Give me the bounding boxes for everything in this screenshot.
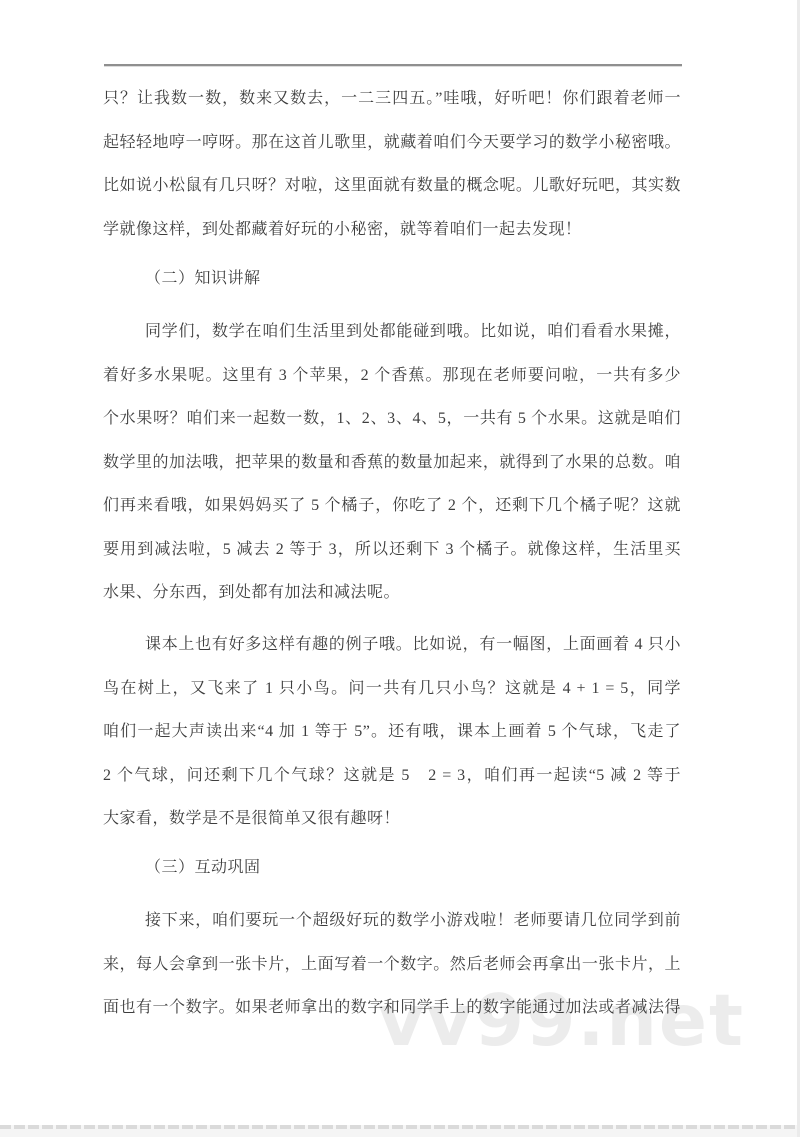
page-bottom-strip	[0, 1129, 800, 1137]
text-line: 个水果呀？咱们来一起数一数，1、2、3、4、5，一共有 5 个水果。这就是咱们	[103, 397, 681, 441]
text-line: 要用到减法啦，5 减去 2 等于 3，所以还剩下 3 个橘子。就像这样，生活里买	[103, 528, 681, 572]
text-line: 数学里的加法哦，把苹果的数量和香蕉的数量加起来，就得到了水果的总数。咱	[103, 441, 681, 485]
text-line: 学就像这样，到处都藏着好玩的小秘密，就等着咱们一起去发现！	[103, 208, 681, 252]
paragraph-textbook-examples: 课本上也有好多这样有趣的例子哦。比如说，有一幅图，上面画着 4 只小 鸟在树上，…	[103, 623, 681, 841]
section-heading-knowledge: （二）知识讲解	[103, 257, 681, 301]
text-line: 们再来看哦，如果妈妈买了 5 个橘子，你吃了 2 个，还剩下几个橘子呢？这就	[103, 484, 681, 528]
text-line: 同学们，数学在咱们生活里到处都能碰到哦。比如说，咱们看看水果摊，摆	[103, 310, 681, 354]
paragraph-fruit-examples: 同学们，数学在咱们生活里到处都能碰到哦。比如说，咱们看看水果摊，摆 着好多水果呢…	[103, 310, 681, 615]
text-line: 来，每人会拿到一张卡片，上面写着一个数字。然后老师会再拿出一张卡片，上	[103, 943, 681, 987]
text-line: 咱们一起大声读出来“4 加 1 等于 5”。还有哦，课本上画着 5 个气球，飞走…	[103, 710, 681, 754]
text-line: 大家看，数学是不是很简单又很有趣呀！	[103, 797, 681, 841]
text-line: 2 个气球，问还剩下几个气球？这就是 5 2 = 3，咱们再一起读“5 减 2 …	[103, 754, 681, 798]
text-line: 比如说小松鼠有几只呀？对啦，这里面就有数量的概念呢。儿歌好玩吧，其实数	[103, 164, 681, 208]
text-line: 面也有一个数字。如果老师拿出的数字和同学手上的数字能通过加法或者减法得	[103, 986, 681, 1030]
text-line: 只？让我数一数，数来又数去，一二三四五。”哇哦，好听吧！你们跟着老师一	[103, 77, 681, 121]
section-heading-interactive: （三）互动巩固	[103, 846, 681, 890]
text-line: 鸟在树上，又飞来了 1 只小鸟。问一共有几只小鸟？这就是 4 + 1 = 5，同…	[103, 667, 681, 711]
paragraph-song-secret: 只？让我数一数，数来又数去，一二三四五。”哇哦，好听吧！你们跟着老师一 起轻轻地…	[103, 77, 681, 251]
paragraph-card-game: 接下来，咱们要玩一个超级好玩的数学小游戏啦！老师要请几位同学到前面 来，每人会拿…	[103, 899, 681, 1030]
text-line: 着好多水果呢。这里有 3 个苹果，2 个香蕉。那现在老师要问啦，一共有多少	[103, 354, 681, 398]
text-line: 水果、分东西，到处都有加法和减法呢。	[103, 571, 681, 615]
document-body: 只？让我数一数，数来又数去，一二三四五。”哇哦，好听吧！你们跟着老师一 起轻轻地…	[103, 77, 681, 1030]
page-top-rule	[104, 64, 682, 66]
text-line: 接下来，咱们要玩一个超级好玩的数学小游戏啦！老师要请几位同学到前面	[103, 899, 681, 943]
text-line: 课本上也有好多这样有趣的例子哦。比如说，有一幅图，上面画着 4 只小	[103, 623, 681, 667]
text-line: 起轻轻地哼一哼呀。那在这首儿歌里，就藏着咱们今天要学习的数学小秘密哦。	[103, 121, 681, 165]
document-page: vv99.net 只？让我数一数，数来又数去，一二三四五。”哇哦，好听吧！你们跟…	[0, 0, 800, 1137]
